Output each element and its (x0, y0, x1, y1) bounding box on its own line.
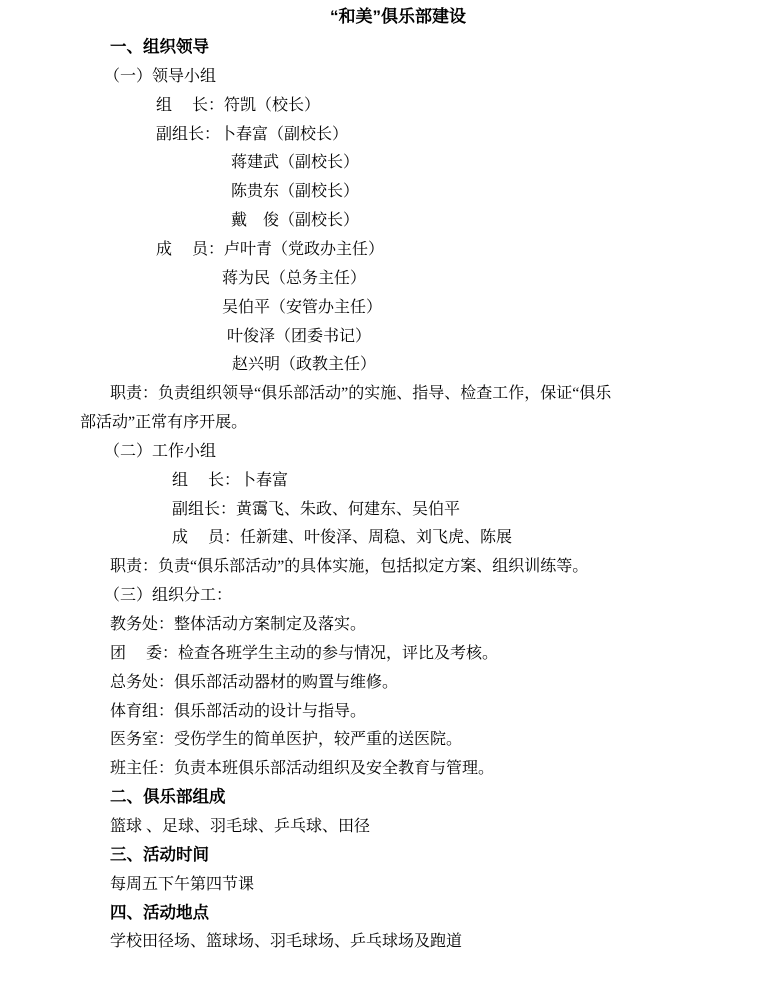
text-line: 体育组：俱乐部活动的设计与指导。 (110, 702, 366, 721)
text-line: 每周五下午第四节课 (110, 875, 254, 894)
text-line: 陈贵东（副校长） (231, 182, 359, 201)
section-heading: 三、活动时间 (110, 846, 209, 866)
text-line: 组 长：符凯（校长） (156, 96, 320, 115)
text-line: 成 员：任新建、叶俊泽、周稳、刘飞虎、陈展 (172, 528, 512, 547)
text-line: 班主任：负责本班俱乐部活动组织及安全教育与管理。 (110, 759, 494, 778)
document-title: “和美”俱乐部建设 (330, 7, 466, 27)
text-line: 医务室：受伤学生的简单医护，较严重的送医院。 (110, 730, 462, 749)
text-line: （三）组织分工： (104, 586, 232, 605)
section-heading: 四、活动地点 (110, 904, 209, 924)
text-line: 副组长：黄霭飞、朱政、何建东、吴伯平 (172, 500, 460, 519)
text-line: 组 长：卜春富 (172, 471, 288, 490)
text-line: （一）领导小组 (104, 67, 216, 86)
text-line: 成 员：卢叶青（党政办主任） (156, 240, 384, 259)
document-page: “和美”俱乐部建设 一、组织领导（一）领导小组组 长：符凯（校长）副组长：卜春富… (0, 0, 757, 998)
text-line: 职责：负责“俱乐部活动”的具体实施，包括拟定方案、组织训练等。 (110, 557, 588, 576)
text-line: 团 委：检查各班学生主动的参与情况，评比及考核。 (110, 644, 498, 663)
section-heading: 一、组织领导 (110, 38, 209, 58)
text-line: （二）工作小组 (104, 442, 216, 461)
text-line: 戴 俊（副校长） (231, 211, 359, 230)
text-line: 赵兴明（政教主任） (232, 355, 376, 374)
text-line: 蒋建武（副校长） (231, 153, 359, 172)
text-line: 副组长：卜春富（副校长） (156, 125, 348, 144)
text-line: 教务处：整体活动方案制定及落实。 (110, 615, 366, 634)
text-line: 叶俊泽（团委书记） (227, 327, 371, 346)
text-line: 学校田径场、篮球场、羽毛球场、乒乓球场及跑道 (110, 932, 462, 951)
text-line: 职责：负责组织领导“俱乐部活动”的实施、指导、检查工作，保证“俱乐 (110, 384, 611, 403)
text-line: 总务处：俱乐部活动器材的购置与维修。 (110, 673, 398, 692)
text-line: 部活动”正常有序开展。 (80, 413, 247, 432)
section-heading: 二、俱乐部组成 (110, 788, 226, 808)
text-line: 吴伯平（安管办主任） (222, 298, 382, 317)
text-line: 篮球 、足球、羽毛球、乒乓球、田径 (110, 817, 370, 836)
text-line: 蒋为民（总务主任） (222, 269, 366, 288)
